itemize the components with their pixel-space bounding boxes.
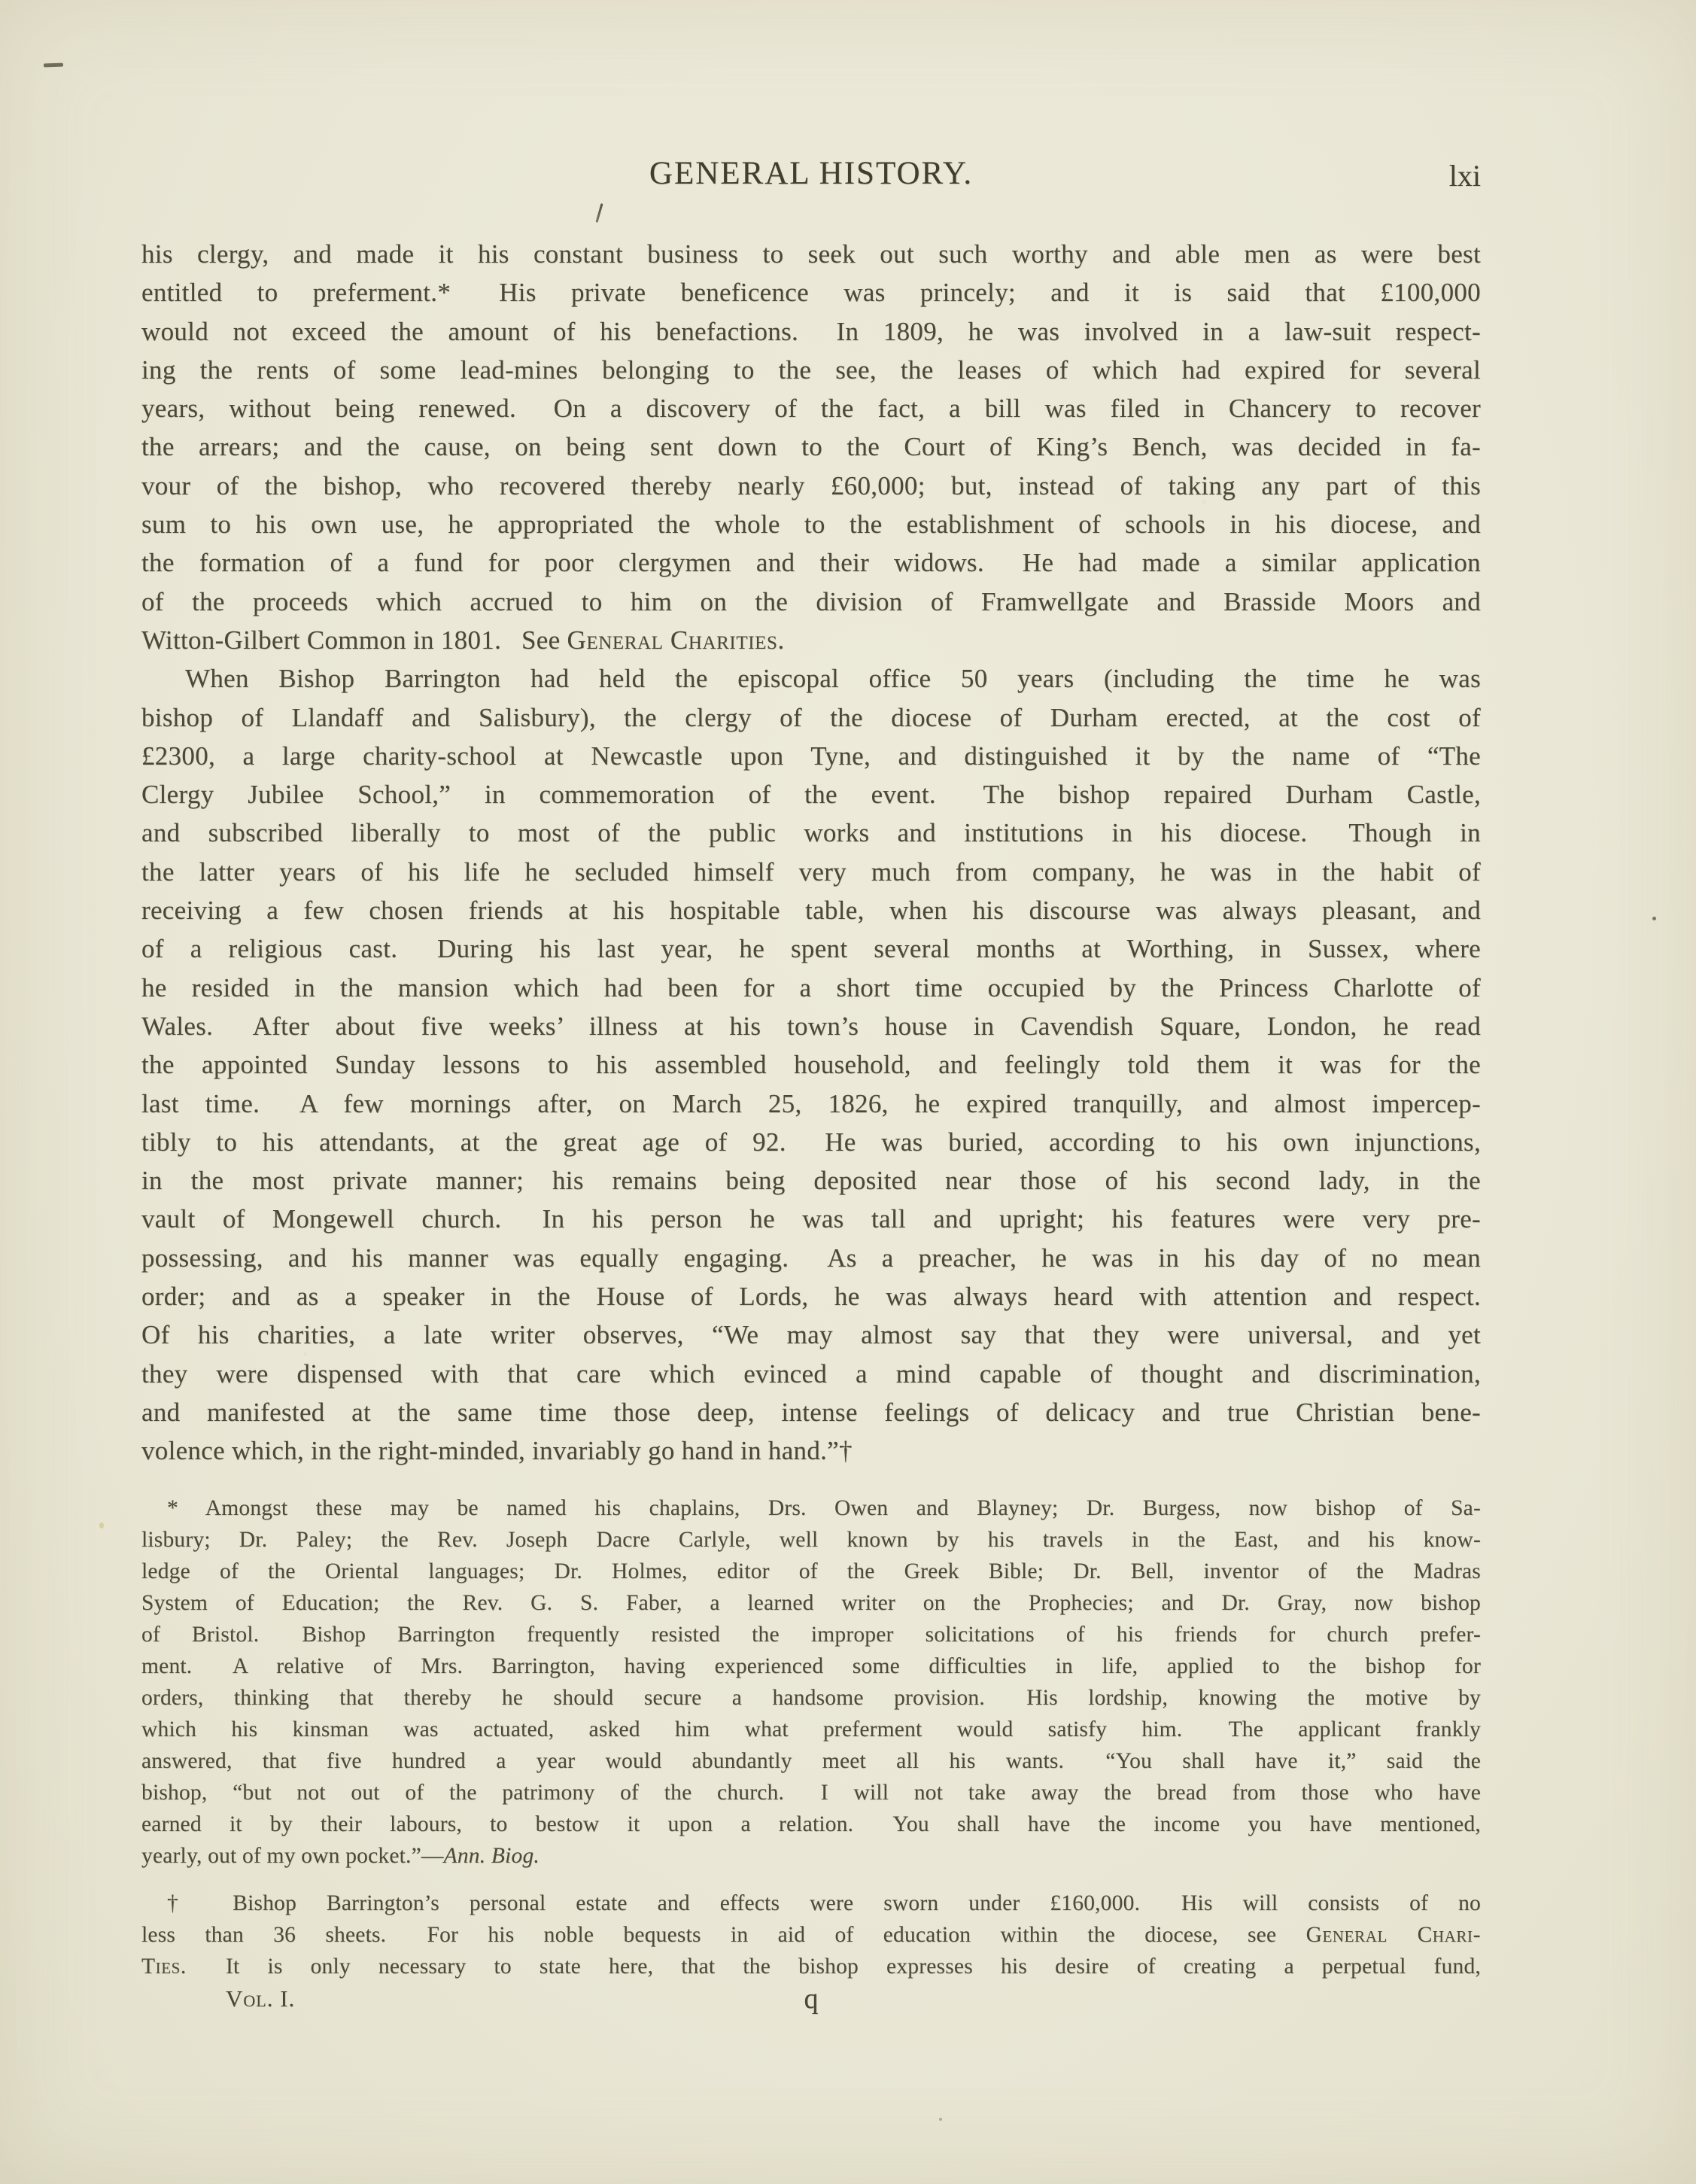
text-line: would not exceed the amount of his benef…	[141, 312, 1481, 351]
signature-mark: q	[141, 1982, 1481, 2015]
paper-speck	[1652, 917, 1656, 920]
text-line: £2300, a large charity-school at Newcast…	[141, 737, 1481, 775]
text-line: System of Education; the Rev. G. S. Fabe…	[141, 1587, 1481, 1619]
page-title: GENERAL HISTORY.	[141, 155, 1481, 192]
text-line: Of his charities, a late writer observes…	[141, 1316, 1481, 1354]
text-line: possessing, and his manner was equally e…	[141, 1239, 1481, 1277]
text-line: earned it by their labours, to bestow it…	[141, 1808, 1481, 1840]
book-page: GENERAL HISTORY. lxi his clergy, and mad…	[0, 0, 1696, 2184]
text-line: his clergy, and made it his constant bus…	[141, 235, 1481, 273]
text-line: yearly, out of my own pocket.”—Ann. Biog…	[141, 1840, 1481, 1872]
text-line: of Bristol. Bishop Barrington frequently…	[141, 1619, 1481, 1650]
paper-speck	[99, 1522, 104, 1528]
text-line: Ties. It is only necessary to state here…	[141, 1951, 1481, 1982]
text-line: less than 36 sheets. For his noble beque…	[141, 1919, 1481, 1951]
footnote-dagger: † Bishop Barrington’s personal estate an…	[141, 1887, 1481, 1982]
text-line: volence which, in the right-minded, inva…	[141, 1431, 1481, 1470]
text-line: of a religious cast. During his last yea…	[141, 929, 1481, 968]
text-line: the formation of a fund for poor clergym…	[141, 543, 1481, 582]
text-line: tibly to his attendants, at the great ag…	[141, 1123, 1481, 1161]
text-line: orders, thinking that thereby he should …	[141, 1682, 1481, 1714]
text-line: sum to his own use, he appropriated the …	[141, 505, 1481, 543]
page-header: GENERAL HISTORY. lxi	[141, 155, 1481, 208]
text-line: order; and as a speaker in the House of …	[141, 1277, 1481, 1316]
pen-mark-dash	[44, 63, 63, 68]
text-line: receiving a few chosen friends at his ho…	[141, 891, 1481, 929]
text-line: of the proceeds which accrued to him on …	[141, 583, 1481, 621]
text-line: When Bishop Barrington had held the epis…	[141, 659, 1481, 698]
text-line: lisbury; Dr. Paley; the Rev. Joseph Dacr…	[141, 1524, 1481, 1556]
page-footer: Vol. I. q	[141, 1982, 1481, 2043]
text-line: Clergy Jubilee School,” in commemoration…	[141, 775, 1481, 814]
text-line: years, without being renewed. On a disco…	[141, 389, 1481, 427]
footnote-asterisk: * Amongst these may be named his chaplai…	[141, 1492, 1481, 1872]
text-line: he resided in the mansion which had been…	[141, 969, 1481, 1007]
text-line: bishop, “but not out of the patrimony of…	[141, 1777, 1481, 1808]
text-line: vour of the bishop, who recovered thereb…	[141, 467, 1481, 505]
text-line: they were dispensed with that care which…	[141, 1355, 1481, 1393]
text-line: which his kinsman was actuated, asked hi…	[141, 1714, 1481, 1745]
text-line: entitled to preferment.* His private ben…	[141, 273, 1481, 312]
text-line: Wales. After about five weeks’ illness a…	[141, 1007, 1481, 1045]
text-line: and subscribed liberally to most of the …	[141, 814, 1481, 852]
text-line: the arrears; and the cause, on being sen…	[141, 427, 1481, 466]
page-number: lxi	[1449, 158, 1481, 193]
paragraph-2: When Bishop Barrington had held the epis…	[141, 659, 1481, 1470]
main-text: his clergy, and made it his constant bus…	[141, 235, 1481, 1471]
text-line: answered, that five hundred a year would…	[141, 1745, 1481, 1777]
text-line: the appointed Sunday lessons to his asse…	[141, 1045, 1481, 1084]
text-line: ing the rents of some lead-mines belongi…	[141, 351, 1481, 389]
paper-speck	[939, 2118, 942, 2121]
text-line: the latter years of his life he secluded…	[141, 853, 1481, 891]
text-line: † Bishop Barrington’s personal estate an…	[141, 1887, 1481, 1919]
text-line: vault of Mongewell church. In his person…	[141, 1200, 1481, 1238]
paragraph-1: his clergy, and made it his constant bus…	[141, 235, 1481, 659]
text-line: last time. A few mornings after, on Marc…	[141, 1084, 1481, 1123]
text-line: ment. A relative of Mrs. Barrington, hav…	[141, 1650, 1481, 1682]
text-line: Witton-Gilbert Common in 1801. See Gener…	[141, 621, 1481, 659]
text-line: bishop of Llandaff and Salisbury), the c…	[141, 698, 1481, 737]
text-line: in the most private manner; his remains …	[141, 1161, 1481, 1200]
footnotes: * Amongst these may be named his chaplai…	[141, 1492, 1481, 1982]
text-line: ledge of the Oriental languages; Dr. Hol…	[141, 1556, 1481, 1587]
text-line: * Amongst these may be named his chaplai…	[141, 1492, 1481, 1524]
text-line: and manifested at the same time those de…	[141, 1393, 1481, 1431]
